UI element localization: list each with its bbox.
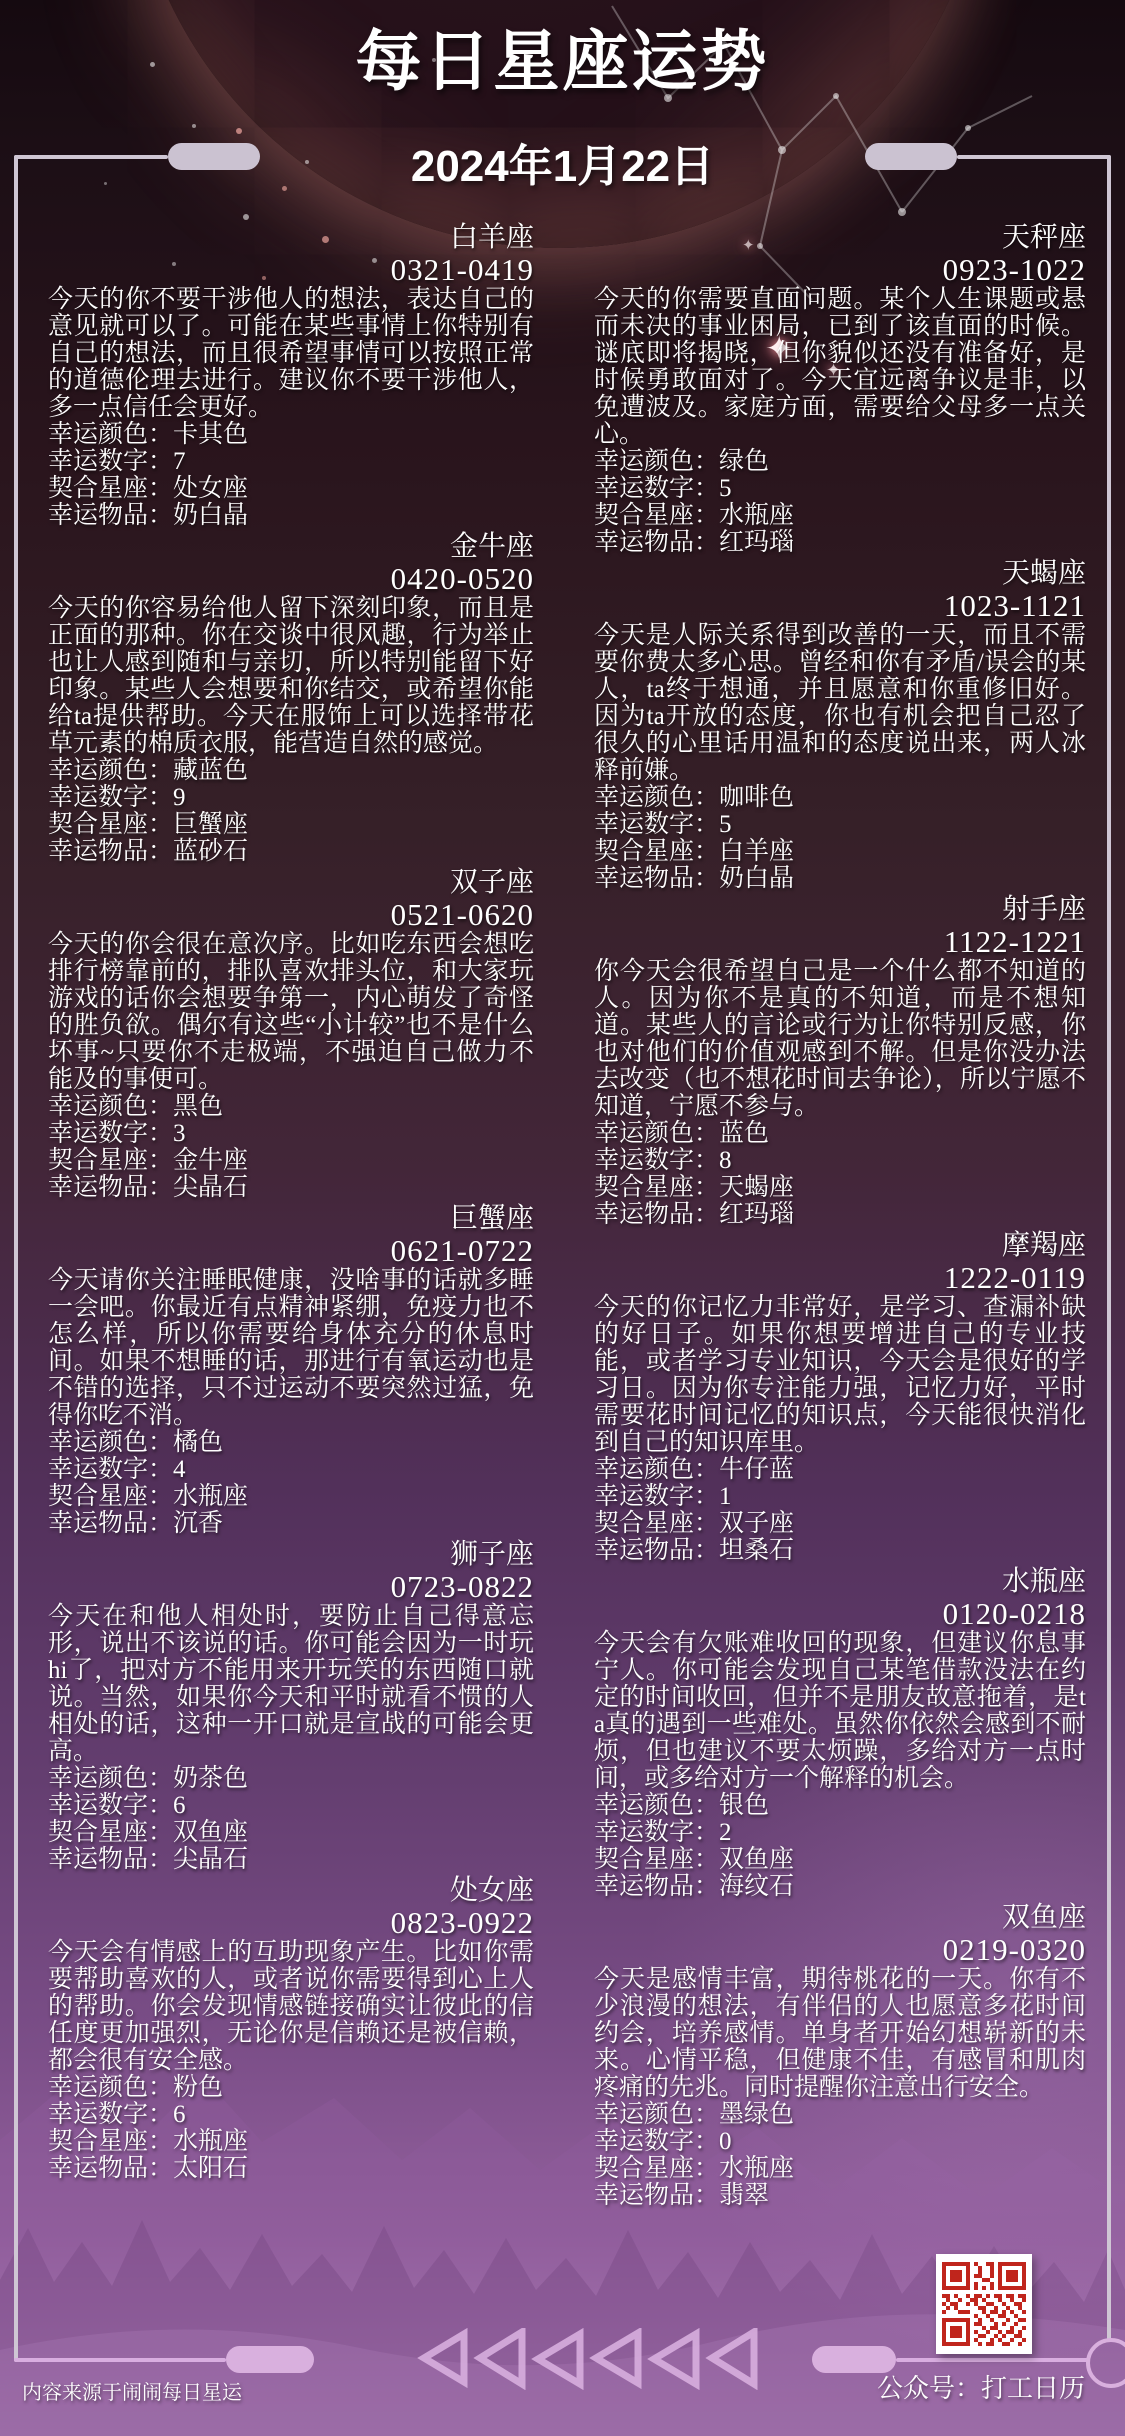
lucky-color-value: 奶茶色 (173, 1765, 248, 1792)
lucky-item-label: 幸运物品： (48, 838, 173, 865)
lucky-color-value: 墨绿色 (719, 2101, 794, 2128)
sign-name: 白羊座 (48, 222, 534, 253)
sign-date-range: 0420-0520 (48, 562, 534, 595)
sign-section-taurus: 金牛座 0420-0520 今天的你容易给他人留下深刻印象，而且是正面的那种。你… (48, 531, 534, 865)
lucky-number-value: 2 (719, 1819, 732, 1846)
page-title: 每日星座运势 (0, 8, 1125, 103)
sign-name: 天秤座 (594, 222, 1086, 253)
lucky-color-line: 幸运颜色：黑色 (48, 1093, 534, 1120)
lucky-item-value: 奶白晶 (173, 502, 248, 529)
sign-date-range: 0621-0722 (48, 1234, 534, 1267)
lucky-item-value: 翡翠 (719, 2182, 769, 2209)
lucky-color-line: 幸运颜色：奶茶色 (48, 1765, 534, 1792)
match-sign-label: 契合星座： (48, 1819, 173, 1846)
column-left: 白羊座 0321-0419 今天的你不要干涉他人的想法，表达自己的意见就可以了。… (48, 222, 534, 2184)
lucky-item-label: 幸运物品： (594, 1201, 719, 1228)
lucky-number-value: 1 (719, 1483, 732, 1510)
sign-section-leo: 狮子座 0723-0822 今天在和他人相处时，要防止自己得意忘形，说出不该说的… (48, 1539, 534, 1873)
match-sign-label: 契合星座： (48, 1483, 173, 1510)
sign-section-scorpio: 天蝎座 1023-1121 今天是人际关系得到改善的一天，而且不需要你费太多心思… (594, 558, 1086, 892)
sign-horoscope-text: 今天的你会很在意次序。比如吃东西会想吃排行榜靠前的，排队喜欢排头位，和大家玩游戏… (48, 931, 534, 1093)
lucky-color-label: 幸运颜色： (48, 1429, 173, 1456)
sign-name: 双鱼座 (594, 1902, 1086, 1933)
sign-section-aquarius: 水瓶座 0120-0218 今天会有欠账难收回的现象，但建议你息事宁人。你可能会… (594, 1566, 1086, 1900)
lucky-number-label: 幸运数字： (594, 1147, 719, 1174)
lucky-color-line: 幸运颜色：牛仔蓝 (594, 1456, 1086, 1483)
sign-section-sagittarius: 射手座 1122-1221 你今天会很希望自己是一个什么都不知道的人。因为你不是… (594, 894, 1086, 1228)
lucky-number-value: 3 (173, 1120, 186, 1147)
match-sign-label: 契合星座： (594, 1846, 719, 1873)
lucky-number-line: 幸运数字：7 (48, 448, 534, 475)
footer-source-credit: 内容来源于闹闹每日星运 (22, 2376, 242, 2405)
lucky-item-line: 幸运物品：尖晶石 (48, 1846, 534, 1873)
frame-bottom-right-line (896, 2358, 1088, 2362)
column-right: 天秤座 0923-1022 今天的你需要直面问题。某个人生课题或悬而未决的事业困… (594, 222, 1086, 2211)
triangle-arrows-decoration (416, 2328, 768, 2390)
match-sign-line: 契合星座：金牛座 (48, 1147, 534, 1174)
lucky-color-value: 卡其色 (173, 421, 248, 448)
lucky-number-line: 幸运数字：1 (594, 1483, 1086, 1510)
lucky-color-value: 粉色 (173, 2074, 223, 2101)
lucky-color-line: 幸运颜色：粉色 (48, 2074, 534, 2101)
match-sign-value: 双鱼座 (719, 1846, 794, 1873)
sign-horoscope-text: 今天会有欠账难收回的现象，但建议你息事宁人。你可能会发现自己某笔借款没法在约定的… (594, 1630, 1086, 1792)
match-sign-label: 契合星座： (594, 838, 719, 865)
lucky-color-value: 牛仔蓝 (719, 1456, 794, 1483)
match-sign-value: 水瓶座 (173, 2128, 248, 2155)
lucky-item-value: 沉香 (173, 1510, 223, 1537)
sign-date-range: 1023-1121 (594, 589, 1086, 622)
match-sign-line: 契合星座：水瓶座 (48, 1483, 534, 1510)
lucky-color-label: 幸运颜色： (594, 448, 719, 475)
sign-name: 金牛座 (48, 531, 534, 562)
lucky-number-label: 幸运数字： (48, 448, 173, 475)
sign-horoscope-text: 今天的你需要直面问题。某个人生课题或悬而未决的事业困局，已到了该直面的时候。谜底… (594, 286, 1086, 448)
lucky-number-label: 幸运数字： (594, 811, 719, 838)
lucky-color-label: 幸运颜色： (48, 1093, 173, 1120)
sign-horoscope-text: 今天的你记忆力非常好，是学习、查漏补缺的好日子。如果你想要增进自己的专业技能，或… (594, 1294, 1086, 1456)
sign-name: 狮子座 (48, 1539, 534, 1570)
lucky-number-line: 幸运数字：5 (594, 475, 1086, 502)
sign-date-range: 0321-0419 (48, 253, 534, 286)
lucky-number-value: 8 (719, 1147, 732, 1174)
lucky-color-value: 藏蓝色 (173, 757, 248, 784)
match-sign-line: 契合星座：水瓶座 (594, 2155, 1086, 2182)
lucky-number-label: 幸运数字： (594, 475, 719, 502)
sign-date-range: 0219-0320 (594, 1933, 1086, 1966)
match-sign-value: 天蝎座 (719, 1174, 794, 1201)
lucky-color-line: 幸运颜色：绿色 (594, 448, 1086, 475)
footer-official-account: 公众号：打工日历 (877, 2368, 1085, 2405)
lucky-item-label: 幸运物品： (594, 529, 719, 556)
lucky-number-value: 4 (173, 1456, 186, 1483)
lucky-item-line: 幸运物品：尖晶石 (48, 1174, 534, 1201)
match-sign-label: 契合星座： (594, 2155, 719, 2182)
sign-section-pisces: 双鱼座 0219-0320 今天是感情丰富，期待桃花的一天。你有不少浪漫的想法，… (594, 1902, 1086, 2209)
lucky-number-value: 9 (173, 784, 186, 811)
lucky-color-line: 幸运颜色：蓝色 (594, 1120, 1086, 1147)
sign-name: 处女座 (48, 1875, 534, 1906)
match-sign-value: 双鱼座 (173, 1819, 248, 1846)
lucky-number-line: 幸运数字：2 (594, 1819, 1086, 1846)
lucky-number-line: 幸运数字：4 (48, 1456, 534, 1483)
sign-section-virgo: 处女座 0823-0922 今天会有情感上的互助现象产生。比如你需要帮助喜欢的人… (48, 1875, 534, 2182)
match-sign-line: 契合星座：双子座 (594, 1510, 1086, 1537)
lucky-number-line: 幸运数字：0 (594, 2128, 1086, 2155)
lucky-item-line: 幸运物品：沉香 (48, 1510, 534, 1537)
lucky-item-line: 幸运物品：太阳石 (48, 2155, 534, 2182)
sign-horoscope-text: 你今天会很希望自己是一个什么都不知道的人。因为你不是真的不知道，而是不想知道。某… (594, 958, 1086, 1120)
lucky-number-label: 幸运数字： (48, 1120, 173, 1147)
sign-date-range: 0723-0822 (48, 1570, 534, 1603)
lucky-item-label: 幸运物品： (594, 1873, 719, 1900)
lucky-item-line: 幸运物品：海纹石 (594, 1873, 1086, 1900)
lucky-item-line: 幸运物品：红玛瑙 (594, 529, 1086, 556)
lucky-item-value: 蓝砂石 (173, 838, 248, 865)
match-sign-label: 契合星座： (594, 1510, 719, 1537)
sign-section-capricorn: 摩羯座 1222-0119 今天的你记忆力非常好，是学习、查漏补缺的好日子。如果… (594, 1230, 1086, 1564)
sign-section-aries: 白羊座 0321-0419 今天的你不要干涉他人的想法，表达自己的意见就可以了。… (48, 222, 534, 529)
lucky-number-value: 5 (719, 811, 732, 838)
match-sign-label: 契合星座： (48, 811, 173, 838)
lucky-item-label: 幸运物品： (48, 1846, 173, 1873)
lucky-number-label: 幸运数字： (48, 784, 173, 811)
lucky-number-label: 幸运数字： (48, 1792, 173, 1819)
lucky-item-value: 坦桑石 (719, 1537, 794, 1564)
match-sign-label: 契合星座： (48, 475, 173, 502)
lucky-number-label: 幸运数字： (48, 2101, 173, 2128)
match-sign-value: 双子座 (719, 1510, 794, 1537)
match-sign-label: 契合星座： (48, 2128, 173, 2155)
match-sign-value: 处女座 (173, 475, 248, 502)
lucky-number-label: 幸运数字： (48, 1456, 173, 1483)
match-sign-line: 契合星座：白羊座 (594, 838, 1086, 865)
match-sign-value: 水瓶座 (719, 502, 794, 529)
sign-section-cancer: 巨蟹座 0621-0722 今天请你关注睡眠健康，没啥事的话就多睡一会吧。你最近… (48, 1203, 534, 1537)
lucky-item-label: 幸运物品： (594, 2182, 719, 2209)
lucky-item-value: 红玛瑙 (719, 1201, 794, 1228)
lucky-color-value: 银色 (719, 1792, 769, 1819)
lucky-number-line: 幸运数字：5 (594, 811, 1086, 838)
sign-horoscope-text: 今天是感情丰富，期待桃花的一天。你有不少浪漫的想法，有伴侣的人也愿意多花时间约会… (594, 1966, 1086, 2101)
sign-name: 双子座 (48, 867, 534, 898)
frame-left-line (14, 155, 18, 2362)
lucky-number-value: 5 (719, 475, 732, 502)
sign-horoscope-text: 今天请你关注睡眠健康，没啥事的话就多睡一会吧。你最近有点精神紧绷，免疫力也不怎么… (48, 1267, 534, 1429)
lucky-item-label: 幸运物品： (594, 865, 719, 892)
match-sign-label: 契合星座： (48, 1147, 173, 1174)
lucky-color-line: 幸运颜色：卡其色 (48, 421, 534, 448)
match-sign-line: 契合星座：双鱼座 (48, 1819, 534, 1846)
lucky-color-label: 幸运颜色： (48, 2074, 173, 2101)
lucky-color-label: 幸运颜色： (594, 1456, 719, 1483)
lucky-item-value: 红玛瑙 (719, 529, 794, 556)
lucky-item-line: 幸运物品：翡翠 (594, 2182, 1086, 2209)
lucky-item-label: 幸运物品： (48, 502, 173, 529)
lucky-color-value: 绿色 (719, 448, 769, 475)
lucky-color-value: 橘色 (173, 1429, 223, 1456)
frame-right-line (1107, 155, 1111, 2340)
lucky-color-label: 幸运颜色： (48, 1765, 173, 1792)
sign-name: 水瓶座 (594, 1566, 1086, 1597)
lucky-item-value: 尖晶石 (173, 1846, 248, 1873)
sign-date-range: 1122-1221 (594, 925, 1086, 958)
match-sign-value: 白羊座 (719, 838, 794, 865)
lucky-color-line: 幸运颜色：藏蓝色 (48, 757, 534, 784)
lucky-number-line: 幸运数字：3 (48, 1120, 534, 1147)
lucky-color-line: 幸运颜色：咖啡色 (594, 784, 1086, 811)
match-sign-value: 巨蟹座 (173, 811, 248, 838)
lucky-item-line: 幸运物品：红玛瑙 (594, 1201, 1086, 1228)
match-sign-line: 契合星座：天蝎座 (594, 1174, 1086, 1201)
sign-date-range: 0923-1022 (594, 253, 1086, 286)
lucky-number-line: 幸运数字：9 (48, 784, 534, 811)
lucky-color-line: 幸运颜色：橘色 (48, 1429, 534, 1456)
lucky-number-value: 0 (719, 2128, 732, 2155)
match-sign-line: 契合星座：双鱼座 (594, 1846, 1086, 1873)
sign-horoscope-text: 今天的你容易给他人留下深刻印象，而且是正面的那种。你在交谈中很风趣，行为举止也让… (48, 595, 534, 757)
lucky-color-label: 幸运颜色： (594, 1792, 719, 1819)
lucky-number-value: 7 (173, 448, 186, 475)
sign-horoscope-text: 今天在和他人相处时，要防止自己得意忘形，说出不该说的话。你可能会因为一时玩hi了… (48, 1603, 534, 1765)
match-sign-label: 契合星座： (594, 502, 719, 529)
lucky-number-line: 幸运数字：6 (48, 2101, 534, 2128)
lucky-number-value: 6 (173, 2101, 186, 2128)
sign-date-range: 1222-0119 (594, 1261, 1086, 1294)
lucky-color-value: 蓝色 (719, 1120, 769, 1147)
sign-horoscope-text: 今天会有情感上的互助现象产生。比如你需要帮助喜欢的人，或者说你需要得到心上人的帮… (48, 1939, 534, 2074)
sign-name: 射手座 (594, 894, 1086, 925)
lucky-item-line: 幸运物品：奶白晶 (594, 865, 1086, 892)
match-sign-value: 水瓶座 (173, 1483, 248, 1510)
lucky-color-label: 幸运颜色： (594, 2101, 719, 2128)
match-sign-value: 金牛座 (173, 1147, 248, 1174)
lucky-number-label: 幸运数字： (594, 1483, 719, 1510)
lucky-number-line: 幸运数字：8 (594, 1147, 1086, 1174)
sign-horoscope-text: 今天的你不要干涉他人的想法，表达自己的意见就可以了。可能在某些事情上你特别有自己… (48, 286, 534, 421)
match-sign-value: 水瓶座 (719, 2155, 794, 2182)
match-sign-line: 契合星座：处女座 (48, 475, 534, 502)
lucky-number-line: 幸运数字：6 (48, 1792, 534, 1819)
lucky-color-label: 幸运颜色： (48, 421, 173, 448)
horoscope-poster: { "header": { "title": "每日星座运势", "date":… (0, 0, 1125, 2436)
frame-bottom-left-capsule (226, 2346, 314, 2373)
match-sign-label: 契合星座： (594, 1174, 719, 1201)
lucky-item-label: 幸运物品： (48, 1174, 173, 1201)
lucky-item-label: 幸运物品： (594, 1537, 719, 1564)
lucky-item-line: 幸运物品：奶白晶 (48, 502, 534, 529)
match-sign-line: 契合星座：水瓶座 (594, 502, 1086, 529)
sign-section-gemini: 双子座 0521-0620 今天的你会很在意次序。比如吃东西会想吃排行榜靠前的，… (48, 867, 534, 1201)
lucky-item-label: 幸运物品： (48, 2155, 173, 2182)
sign-section-libra: 天秤座 0923-1022 今天的你需要直面问题。某个人生课题或悬而未决的事业困… (594, 222, 1086, 556)
frame-bottom-left-line (14, 2358, 226, 2362)
sign-date-range: 0823-0922 (48, 1906, 534, 1939)
lucky-number-label: 幸运数字： (594, 1819, 719, 1846)
lucky-color-label: 幸运颜色： (594, 1120, 719, 1147)
lucky-number-label: 幸运数字： (594, 2128, 719, 2155)
lucky-number-value: 6 (173, 1792, 186, 1819)
sign-name: 天蝎座 (594, 558, 1086, 589)
lucky-item-value: 尖晶石 (173, 1174, 248, 1201)
lucky-item-value: 奶白晶 (719, 865, 794, 892)
lucky-color-value: 黑色 (173, 1093, 223, 1120)
lucky-item-line: 幸运物品：蓝砂石 (48, 838, 534, 865)
lucky-color-label: 幸运颜色： (594, 784, 719, 811)
lucky-color-label: 幸运颜色： (48, 757, 173, 784)
page-date: 2024年1月22日 (0, 130, 1125, 194)
lucky-item-value: 海纹石 (719, 1873, 794, 1900)
lucky-color-line: 幸运颜色：墨绿色 (594, 2101, 1086, 2128)
match-sign-line: 契合星座：水瓶座 (48, 2128, 534, 2155)
sign-name: 巨蟹座 (48, 1203, 534, 1234)
sign-horoscope-text: 今天是人际关系得到改善的一天，而且不需要你费太多心思。曾经和你有矛盾/误会的某人… (594, 622, 1086, 784)
match-sign-line: 契合星座：巨蟹座 (48, 811, 534, 838)
lucky-item-label: 幸运物品： (48, 1510, 173, 1537)
qrcode (936, 2254, 1032, 2354)
lucky-item-line: 幸运物品：坦桑石 (594, 1537, 1086, 1564)
sign-date-range: 0521-0620 (48, 898, 534, 931)
sign-date-range: 0120-0218 (594, 1597, 1086, 1630)
lucky-color-value: 咖啡色 (719, 784, 794, 811)
sign-name: 摩羯座 (594, 1230, 1086, 1261)
lucky-color-line: 幸运颜色：银色 (594, 1792, 1086, 1819)
lucky-item-value: 太阳石 (173, 2155, 248, 2182)
